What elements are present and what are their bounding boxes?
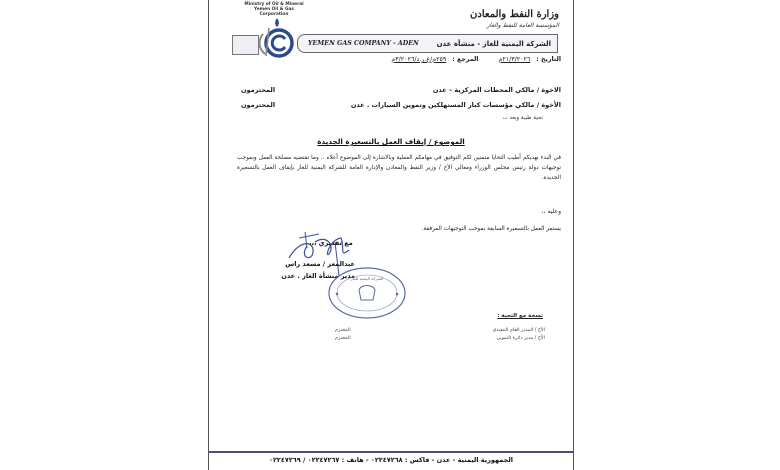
date-label: التاريخ : [536, 56, 561, 63]
greeting: تحية طيبة وبعد ،،، [502, 115, 543, 121]
addressee-line-2: الأخوة / مالكي مؤسسات كبار المستهلكين وت… [241, 101, 561, 109]
cc-item: الأخ / مدير دائرة التموين المحترم [335, 336, 545, 341]
addressee-to: الاخوة / مالكي المحطات المركزية – عدن [433, 86, 561, 94]
reference-label: المرجع : [452, 56, 478, 63]
company-name-en: YEMEN GAS COMPANY - ADEN [308, 40, 419, 47]
addressee-honorific: المحترمون [241, 101, 275, 109]
ministry-ar-line3: المؤسسة العامة للنفط والغاز [470, 21, 559, 30]
subject-line: الموضوع / إيقاف العمل بالتسعيرة الجديدة [209, 137, 573, 146]
svg-text:الشركة اليمنية للغاز: الشركة اليمنية للغاز [350, 276, 384, 281]
continuation-line: يستمر العمل بالتسعيرة السابقة بموجب التو… [422, 226, 561, 232]
addressee-to: الأخوة / مالكي مؤسسات كبار المستهلكين وت… [351, 101, 561, 109]
letter-body: في البدء نهديكم أطيب التحايا متمنين لكم … [237, 153, 561, 184]
cc-item-honorific: المحترم [335, 336, 351, 341]
company-name-ar: الشركة اليمنية للغاز - منشأة عدن [437, 40, 551, 48]
cc-item: الأخ / المدير العام التنفيذي المحترم [335, 328, 545, 333]
date-value: ٢١/٣/٢٠٢٦م [498, 56, 530, 63]
cc-title: نسخة مع التحية : [497, 313, 543, 319]
closing-regards: مع تقديري ،،، [309, 239, 353, 247]
ministry-ar-line2: وزارة النفط والمعادن [470, 8, 559, 21]
company-banner: YEMEN GAS COMPANY - ADEN الشركة اليمنية … [297, 34, 558, 53]
official-stamp-icon: الشركة اليمنية للغاز [327, 266, 407, 320]
addressee-honorific: المحترمون [241, 86, 275, 94]
footer-contact: الجمهورية اليمنية - عدن - فاكس : ٠٢٢٤٧٢٦… [209, 456, 573, 464]
cc-item-to: الأخ / المدير العام التنفيذي [493, 328, 545, 333]
ministry-ar-header: الجمهورية اليمنية وزارة النفط والمعادن ا… [470, 0, 559, 30]
addressee-line-1: الاخوة / مالكي المحطات المركزية – عدن ال… [241, 86, 561, 94]
footer-rule [209, 451, 573, 453]
cc-item-to: الأخ / مدير دائرة التموين [497, 336, 545, 341]
company-logo-icon [255, 16, 299, 60]
reference-value: ٢٥٩م/ع.ر.د/٣/٢٠٢٦م [391, 56, 446, 63]
date-reference-line: التاريخ : ٢١/٣/٢٠٢٦م المرجع : ٢٥٩م/ع.ر.د… [391, 56, 561, 63]
cc-item-honorific: المحترم [335, 328, 351, 333]
letter-page: Ministry of Oil & Mineral Yemen Oil & Ga… [208, 0, 574, 470]
ministry-en-header: Ministry of Oil & Mineral Yemen Oil & Ga… [239, 2, 309, 17]
therefore-line: وعليه ،، [542, 208, 561, 215]
